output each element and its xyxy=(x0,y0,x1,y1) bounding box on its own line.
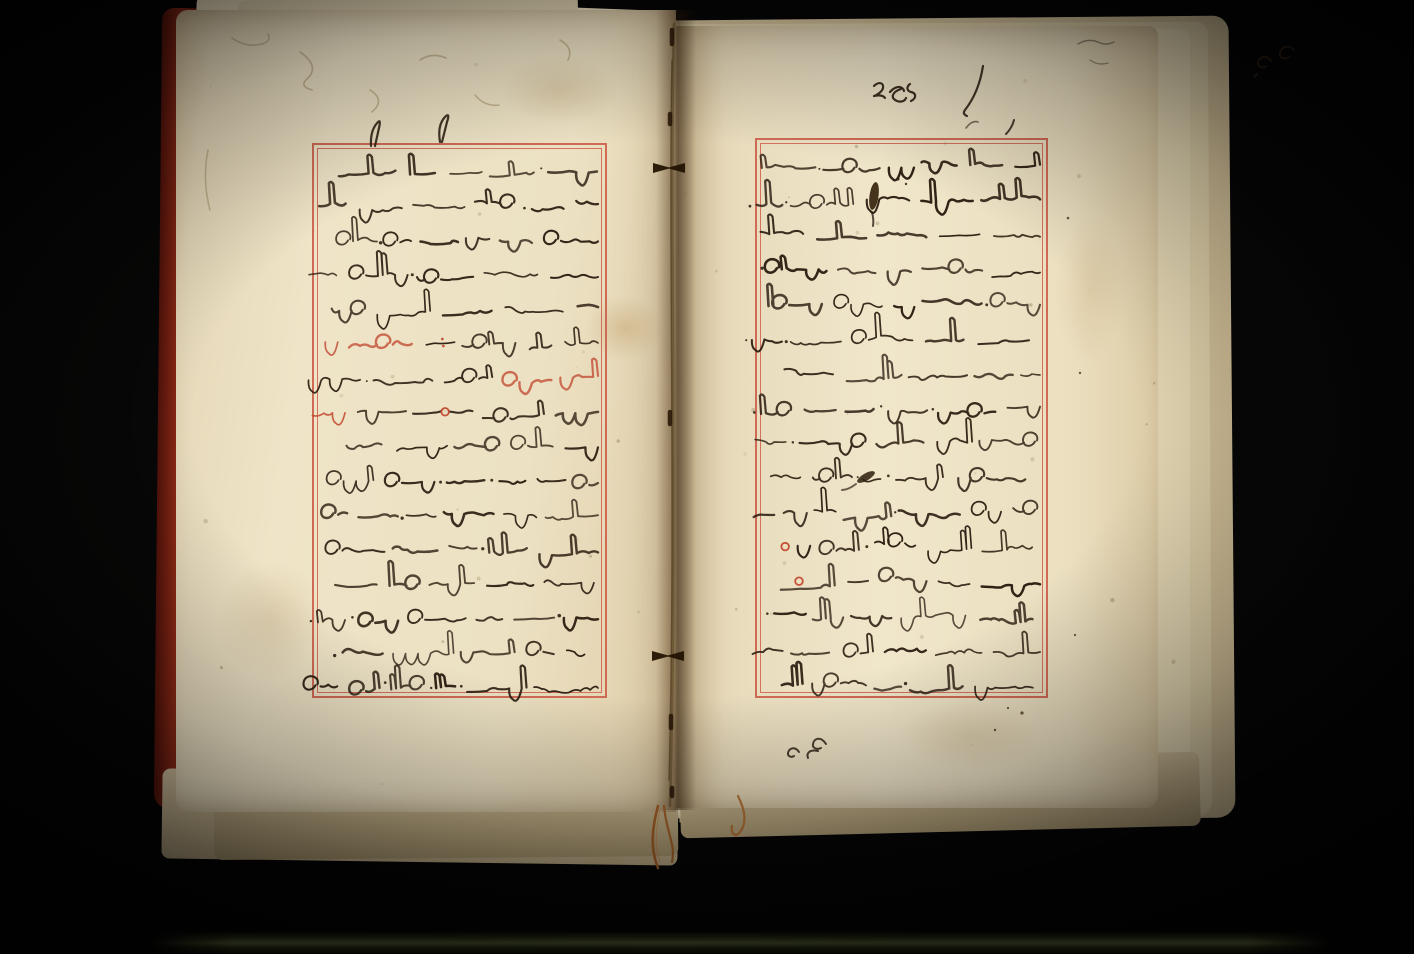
left-text-frame xyxy=(312,143,607,698)
manuscript-photo xyxy=(0,0,1414,954)
right-text-frame xyxy=(755,138,1048,698)
table-edge-strip xyxy=(150,931,1330,954)
gutter-shadow xyxy=(656,10,696,810)
